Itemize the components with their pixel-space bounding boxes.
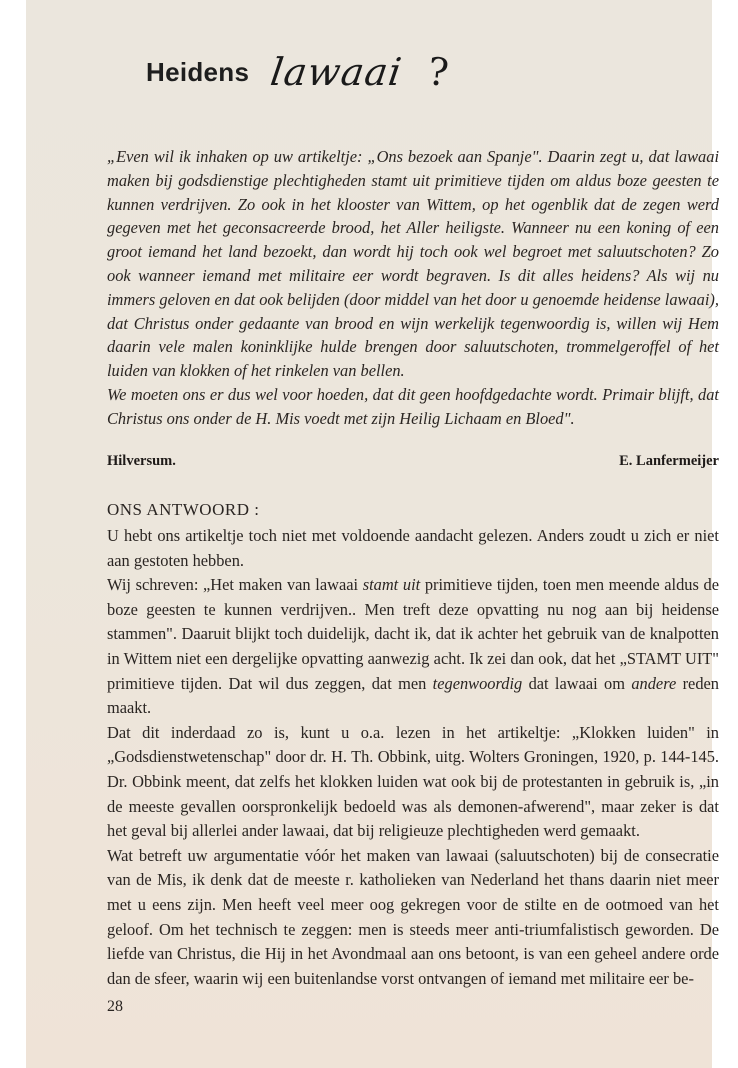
text-run: Wij schreven: „Het maken van lawaai	[107, 575, 363, 594]
emphasis: andere	[631, 674, 676, 693]
article-title: Heidens lawaai ?	[146, 42, 448, 102]
letter-author: E. Lanfermeijer	[619, 453, 719, 470]
emphasis: stamt uit	[363, 575, 420, 594]
answer-paragraph: Wij schreven: „Het maken van lawaai stam…	[107, 573, 719, 721]
reader-letter: „Even wil ik inhaken op uw artikeltje: „…	[107, 145, 719, 431]
text-run: dat lawaai om	[522, 674, 631, 693]
title-printed: Heidens	[146, 57, 249, 88]
answer-paragraph: U hebt ons artikeltje toch niet met vold…	[107, 524, 719, 573]
emphasis: tegenwoordig	[433, 674, 523, 693]
editorial-answer: U hebt ons artikeltje toch niet met vold…	[107, 524, 719, 991]
letter-place: Hilversum.	[107, 453, 176, 470]
letter-paragraph: We moeten ons er dus wel voor hoeden, da…	[107, 383, 719, 431]
letter-paragraph: „Even wil ik inhaken op uw artikeltje: „…	[107, 145, 719, 383]
letter-signature: Hilversum. E. Lanfermeijer	[107, 453, 719, 470]
title-handwritten: lawaai	[268, 50, 405, 94]
page-number: 28	[107, 998, 123, 1016]
answer-heading: ONS ANTWOORD :	[107, 500, 259, 520]
answer-paragraph: Dat dit inderdaad zo is, kunt u o.a. lez…	[107, 721, 719, 844]
answer-paragraph: Wat betreft uw argumentatie vóór het mak…	[107, 844, 719, 992]
title-question-mark: ?	[426, 49, 451, 95]
magazine-page: Heidens lawaai ? „Even wil ik inhaken op…	[26, 0, 712, 1068]
